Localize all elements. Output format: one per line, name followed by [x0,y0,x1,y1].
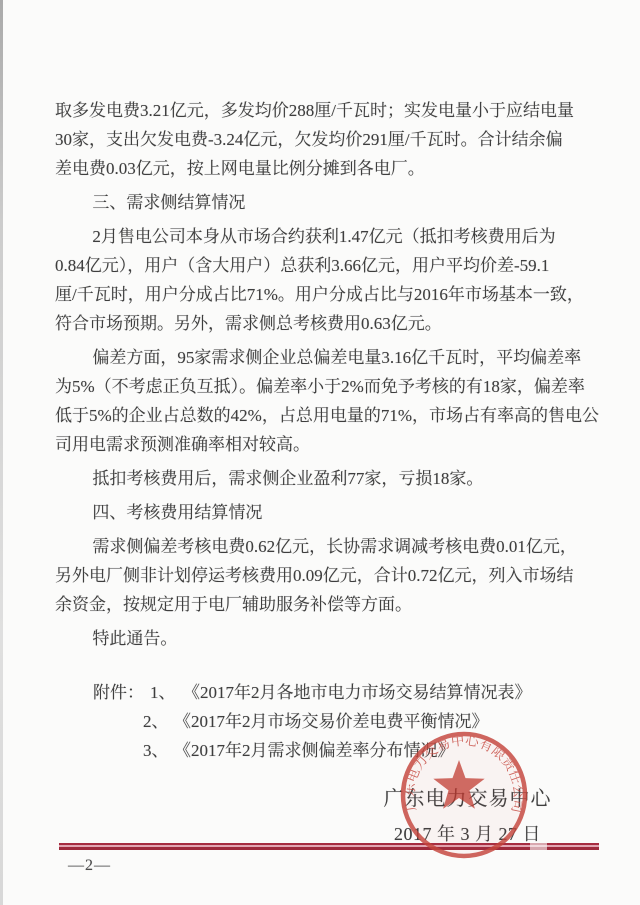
attachment-number: 2、 [143,712,169,731]
text-line: 符合市场预期。另外，需求侧总考核费用0.63亿元。 [55,309,600,338]
attachment-item: 3、《2017年2月需求侧偏差率分布情况》 [93,736,600,765]
body-paragraph: 抵扣考核费用后，需求侧企业盈利77家，亏损18家。 [55,464,600,493]
section-heading: 四、考核费用结算情况 [55,498,600,527]
section-heading: 三、需求侧结算情况 [55,188,600,217]
text-line: 需求侧偏差考核电费0.62亿元，长协需求调减考核电费0.01亿元， [55,532,600,561]
body-paragraph: 2月售电公司本身从市场合约获利1.47亿元（抵扣考核费用后为0.84亿元），用户… [55,222,600,338]
page-number: —2— [68,857,111,875]
text-line: 低于5%的企业占总数的42%，占总用电量的71%，市场占有率高的售电公 [55,401,600,430]
text-line: 取多发电费3.21亿元，多发均价288厘/千瓦时；实发电量小于应结电量 [55,96,600,125]
text-line: 2月售电公司本身从市场合约获利1.47亿元（抵扣考核费用后为 [55,222,600,251]
body-paragraph: 偏差方面，95家需求侧企业总偏差电量3.16亿千瓦时，平均偏差率为5%（不考虑正… [55,343,600,459]
text-line: 四、考核费用结算情况 [55,498,600,527]
attachment-item: 附件：1、《2017年2月各地市电力市场交易结算情况表》 [93,678,600,707]
text-line: 余资金，按规定用于电厂辅助服务补偿等方面。 [55,590,600,619]
attachment-title: 《2017年2月各地市电力市场交易结算情况表》 [192,683,532,702]
text-line: 另外电厂侧非计划停运考核费用0.09亿元，合计0.72亿元，列入市场结 [55,561,600,590]
body-paragraph: 需求侧偏差考核电费0.62亿元，长协需求调减考核电费0.01亿元，另外电厂侧非计… [55,532,600,619]
text-line: 偏差方面，95家需求侧企业总偏差电量3.16亿千瓦时，平均偏差率 [55,343,600,372]
text-line: 厘/千瓦时，用户分成占比71%。用户分成占比与2016年市场基本一致， [55,280,600,309]
text-line: 司用电需求预测准确率相对较高。 [55,430,600,459]
body-paragraph: 取多发电费3.21亿元，多发均价288厘/千瓦时；实发电量小于应结电量30家，支… [55,96,600,183]
paragraphs-container: 取多发电费3.21亿元，多发均价288厘/千瓦时；实发电量小于应结电量30家，支… [55,96,600,653]
attachment-title: 《2017年2月市场交易价差电费平衡情况》 [183,712,489,731]
text-line: 特此通告。 [55,624,600,653]
text-line: 三、需求侧结算情况 [55,188,600,217]
attachment-title: 《2017年2月需求侧偏差率分布情况》 [183,741,455,760]
attachment-number: 1、 [150,683,176,702]
text-line: 为5%（不考虑正负互抵）。偏差率小于2%而免予考核的有18家，偏差率 [55,372,600,401]
attachment-item: 2、《2017年2月市场交易价差电费平衡情况》 [93,707,600,736]
attachments-label: 附件： [93,683,144,702]
text-line: 抵扣考核费用后，需求侧企业盈利77家，亏损18家。 [55,464,600,493]
signature-org: 广东电力交易中心 [375,786,560,812]
text-line: 0.84亿元），用户（含大用户）总获利3.66亿元，用户平均价差-59.1 [55,251,600,280]
attachment-number: 3、 [143,741,169,760]
text-line: 差电费0.03亿元，按上网电量比例分摊到各电厂。 [55,154,600,183]
scan-edge-artifact [0,0,3,905]
attachments-section: 附件：1、《2017年2月各地市电力市场交易结算情况表》2、《2017年2月市场… [93,678,600,765]
signature-block: 广东电力交易中心 2017 年 3 月 27 日 [375,786,560,846]
document-page: 取多发电费3.21亿元，多发均价288厘/千瓦时；实发电量小于应结电量30家，支… [0,0,640,905]
signature-date: 2017 年 3 月 27 日 [375,822,560,846]
text-line: 30家，支出欠发电费-3.24亿元，欠发均价291厘/千瓦时。合计结余偏 [55,125,600,154]
document-body: 取多发电费3.21亿元，多发均价288厘/千瓦时；实发电量小于应结电量30家，支… [55,96,600,765]
body-paragraph: 特此通告。 [55,624,600,653]
